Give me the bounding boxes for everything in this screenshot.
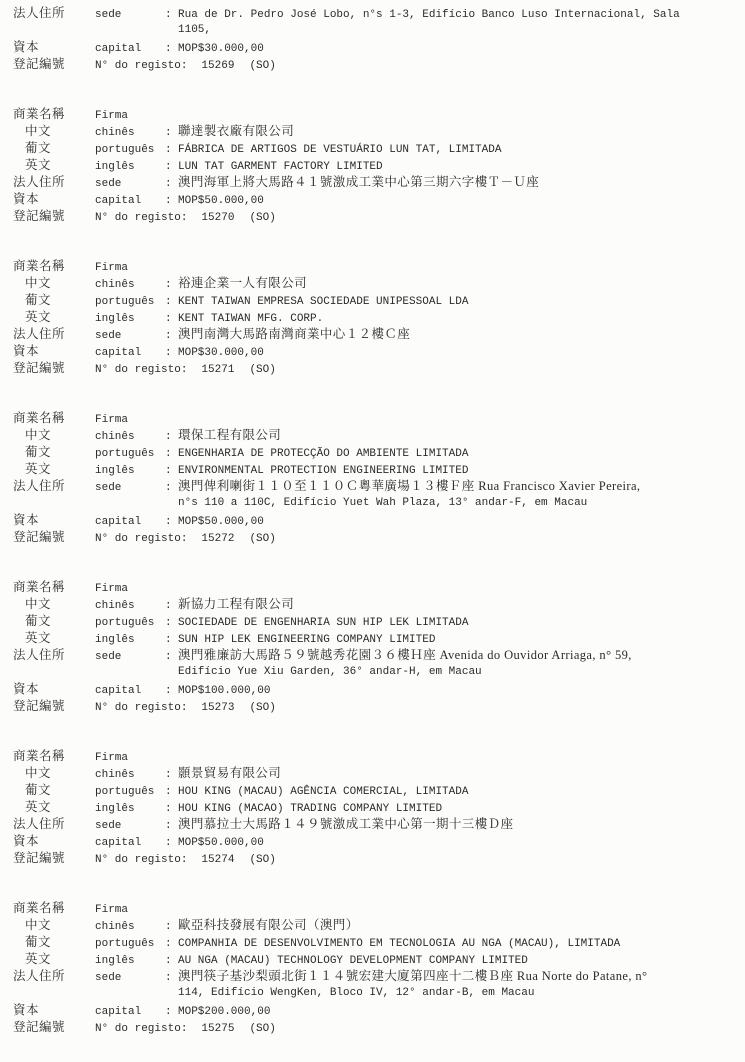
seat-label-zh: 法人住所: [13, 968, 95, 985]
chinese-name-row: 中文 chinês 聯達製衣廠有限公司: [13, 123, 727, 140]
chinese-label-pt: chinês: [95, 277, 165, 294]
portuguese-label-zh: 葡文: [13, 934, 95, 951]
seat-row: 法人住所 sede 澳門雅廉訪大馬路５９號越秀花園３６樓Ｈ座 Avenida d…: [13, 647, 727, 664]
english-label-pt: inglês: [95, 801, 165, 818]
capital-value: MOP$30.000,00: [165, 41, 264, 58]
portuguese-label-pt: português: [95, 446, 165, 463]
portuguese-name-row: 葡文 português ENGENHARIA DE PROTECÇÃO DO …: [13, 444, 727, 461]
capital-value: MOP$100.000,00: [165, 683, 270, 700]
english-label-zh: 英文: [13, 309, 95, 326]
chinese-name-row: 中文 chinês 裕連企業一人有限公司: [13, 275, 727, 292]
registry-number: 15272: [201, 531, 234, 548]
seat-label-pt: sede: [95, 7, 165, 24]
firm-label-pt: Firma: [95, 902, 165, 919]
seat-label-pt: sede: [95, 328, 165, 345]
firm-label-pt: Firma: [95, 412, 165, 429]
seat-continuation-row: n°s 110 a 110C, Edifício Yuet Wah Plaza,…: [13, 495, 727, 512]
capital-label-pt: capital: [95, 1004, 165, 1021]
english-name-row: 英文 inglês SUN HIP LEK ENGINEERING COMPAN…: [13, 630, 727, 647]
capital-label-zh: 資本: [13, 39, 95, 56]
registry-label-pt: N° do registo:: [95, 58, 187, 75]
capital-label-pt: capital: [95, 835, 165, 852]
english-label-pt: inglês: [95, 463, 165, 480]
chinese-name-value: 環保工程有限公司: [165, 427, 281, 446]
registry-suffix: (SO): [249, 852, 275, 869]
chinese-label-zh: 中文: [13, 275, 95, 292]
registry-suffix: (SO): [249, 1021, 275, 1038]
seat-value: 澳門海軍上將大馬路４１號激成工業中心第三期六字樓Ｔ－Ｕ座: [165, 174, 539, 193]
seat-label-zh: 法人住所: [13, 5, 95, 22]
capital-row: 資本 capital MOP$30.000,00: [13, 39, 727, 56]
company-entry-15270: 商業名稱 Firma 中文 chinês 聯達製衣廠有限公司 葡文 portug…: [13, 106, 727, 225]
seat-value-continued: 1105,: [165, 22, 211, 39]
firm-label-pt: Firma: [95, 108, 165, 125]
english-label-zh: 英文: [13, 461, 95, 478]
seat-label-zh: 法人住所: [13, 816, 95, 833]
capital-label-zh: 資本: [13, 1002, 95, 1019]
company-entry-15271: 商業名稱 Firma 中文 chinês 裕連企業一人有限公司 葡文 portu…: [13, 258, 727, 377]
capital-label-pt: capital: [95, 514, 165, 531]
portuguese-label-zh: 葡文: [13, 292, 95, 309]
firm-header-row: 商業名稱 Firma: [13, 900, 727, 917]
chinese-label-zh: 中文: [13, 917, 95, 934]
firm-label-zh: 商業名稱: [13, 106, 95, 123]
firm-label-zh: 商業名稱: [13, 258, 95, 275]
portuguese-name-value: SOCIEDADE DE ENGENHARIA SUN HIP LEK LIMI…: [165, 615, 468, 632]
registry-suffix: (SO): [249, 700, 275, 717]
chinese-label-pt: chinês: [95, 767, 165, 784]
capital-label-zh: 資本: [13, 833, 95, 850]
registry-row: 登記編號 N° do registo: 15270 (SO): [13, 208, 727, 225]
english-name-row: 英文 inglês ENVIRONMENTAL PROTECTION ENGIN…: [13, 461, 727, 478]
seat-row: 法人住所 sede 澳門慕拉士大馬路１４９號激成工業中心第一期十三樓Ｄ座: [13, 816, 727, 833]
firm-header-row: 商業名稱 Firma: [13, 106, 727, 123]
registry-suffix: (SO): [249, 210, 275, 227]
portuguese-label-zh: 葡文: [13, 782, 95, 799]
seat-value: 澳門南灣大馬路南灣商業中心１２樓Ｃ座: [165, 326, 410, 345]
seat-label-zh: 法人住所: [13, 326, 95, 343]
english-label-zh: 英文: [13, 630, 95, 647]
chinese-name-value: 裕連企業一人有限公司: [165, 275, 307, 294]
seat-label-zh: 法人住所: [13, 478, 95, 495]
chinese-name-row: 中文 chinês 新協力工程有限公司: [13, 596, 727, 613]
firm-label-pt: Firma: [95, 581, 165, 598]
english-label-zh: 英文: [13, 157, 95, 174]
capital-label-zh: 資本: [13, 343, 95, 360]
english-label-zh: 英文: [13, 799, 95, 816]
chinese-label-pt: chinês: [95, 919, 165, 936]
company-entry-15274: 商業名稱 Firma 中文 chinês 顥景貿易有限公司 葡文 portugu…: [13, 748, 727, 867]
capital-row: 資本 capital MOP$50.000,00: [13, 512, 727, 529]
english-name-row: 英文 inglês HOU KING (MACAO) TRADING COMPA…: [13, 799, 727, 816]
company-entry-15273: 商業名稱 Firma 中文 chinês 新協力工程有限公司 葡文 portug…: [13, 579, 727, 715]
registry-label-zh: 登記編號: [13, 850, 95, 867]
portuguese-name-value: COMPANHIA DE DESENVOLVIMENTO EM TECNOLOG…: [165, 936, 620, 953]
registry-row: 登記編號 N° do registo: 15271 (SO): [13, 360, 727, 377]
english-label-pt: inglês: [95, 632, 165, 649]
capital-label-zh: 資本: [13, 191, 95, 208]
capital-label-zh: 資本: [13, 681, 95, 698]
capital-row: 資本 capital MOP$30.000,00: [13, 343, 727, 360]
portuguese-name-value: ENGENHARIA DE PROTECÇÃO DO AMBIENTE LIMI…: [165, 446, 468, 463]
chinese-name-value: 歐亞科技發展有限公司（澳門）: [165, 917, 359, 936]
firm-label-pt: Firma: [95, 260, 165, 277]
registry-label-pt: N° do registo:: [95, 210, 187, 227]
capital-row: 資本 capital MOP$200.000,00: [13, 1002, 727, 1019]
capital-label-pt: capital: [95, 683, 165, 700]
chinese-name-value: 顥景貿易有限公司: [165, 765, 281, 784]
portuguese-name-value: FÁBRICA DE ARTIGOS DE VESTUÁRIO LUN TAT,…: [165, 142, 501, 159]
portuguese-name-row: 葡文 português FÁBRICA DE ARTIGOS DE VESTU…: [13, 140, 727, 157]
registry-label-zh: 登記編號: [13, 208, 95, 225]
seat-label-pt: sede: [95, 480, 165, 497]
seat-row: 法人住所 sede 澳門南灣大馬路南灣商業中心１２樓Ｃ座: [13, 326, 727, 343]
registry-label-zh: 登記編號: [13, 698, 95, 715]
english-label-zh: 英文: [13, 951, 95, 968]
chinese-label-pt: chinês: [95, 429, 165, 446]
seat-value: 澳門慕拉士大馬路１４９號激成工業中心第一期十三樓Ｄ座: [165, 816, 513, 835]
capital-value: MOP$50.000,00: [165, 835, 264, 852]
portuguese-label-pt: português: [95, 615, 165, 632]
capital-label-zh: 資本: [13, 512, 95, 529]
english-label-pt: inglês: [95, 953, 165, 970]
registry-row: 登記編號 N° do registo: 15269 (SO): [13, 56, 727, 73]
capital-row: 資本 capital MOP$50.000,00: [13, 833, 727, 850]
seat-continuation-row: 1105,: [13, 22, 727, 39]
registry-row: 登記編號 N° do registo: 15274 (SO): [13, 850, 727, 867]
seat-label-pt: sede: [95, 818, 165, 835]
registry-label-zh: 登記編號: [13, 1019, 95, 1036]
capital-value: MOP$50.000,00: [165, 514, 264, 531]
chinese-name-value: 聯達製衣廠有限公司: [165, 123, 294, 142]
registry-label-zh: 登記編號: [13, 529, 95, 546]
company-entry-15272: 商業名稱 Firma 中文 chinês 環保工程有限公司 葡文 portugu…: [13, 410, 727, 546]
english-label-pt: inglês: [95, 159, 165, 176]
registry-number: 15269: [201, 58, 234, 75]
seat-label-zh: 法人住所: [13, 647, 95, 664]
company-entry-15275: 商業名稱 Firma 中文 chinês 歐亞科技發展有限公司（澳門） 葡文 p…: [13, 900, 727, 1036]
firm-label-zh: 商業名稱: [13, 900, 95, 917]
seat-row: 法人住所 sede 澳門俾利喇街１１０至１１０Ｃ粵華廣場１３樓Ｆ座 Rua Fr…: [13, 478, 727, 495]
registry-row: 登記編號 N° do registo: 15272 (SO): [13, 529, 727, 546]
company-entry-partial-15269: 法人住所 sede Rua de Dr. Pedro José Lobo, n°…: [13, 5, 727, 73]
seat-continuation-row: Edifício Yue Xiu Garden, 36° andar-H, em…: [13, 664, 727, 681]
firm-header-row: 商業名稱 Firma: [13, 410, 727, 427]
registry-suffix: (SO): [249, 58, 275, 75]
portuguese-name-row: 葡文 português KENT TAIWAN EMPRESA SOCIEDA…: [13, 292, 727, 309]
portuguese-label-pt: português: [95, 936, 165, 953]
seat-label-pt: sede: [95, 176, 165, 193]
firm-header-row: 商業名稱 Firma: [13, 579, 727, 596]
seat-value: Rua de Dr. Pedro José Lobo, n°s 1-3, Edi…: [165, 7, 680, 24]
portuguese-name-row: 葡文 português HOU KING (MACAU) AGÊNCIA CO…: [13, 782, 727, 799]
registry-suffix: (SO): [249, 531, 275, 548]
seat-row: 法人住所 sede Rua de Dr. Pedro José Lobo, n°…: [13, 5, 727, 22]
portuguese-label-pt: português: [95, 784, 165, 801]
firm-label-pt: Firma: [95, 750, 165, 767]
firm-label-zh: 商業名稱: [13, 748, 95, 765]
capital-row: 資本 capital MOP$100.000,00: [13, 681, 727, 698]
seat-row: 法人住所 sede 澳門海軍上將大馬路４１號激成工業中心第三期六字樓Ｔ－Ｕ座: [13, 174, 727, 191]
registry-row: 登記編號 N° do registo: 15273 (SO): [13, 698, 727, 715]
capital-value: MOP$200.000,00: [165, 1004, 270, 1021]
chinese-label-zh: 中文: [13, 123, 95, 140]
capital-value: MOP$30.000,00: [165, 345, 264, 362]
seat-value-continued: n°s 110 a 110C, Edifício Yuet Wah Plaza,…: [165, 495, 587, 512]
registry-row: 登記編號 N° do registo: 15275 (SO): [13, 1019, 727, 1036]
firm-label-zh: 商業名稱: [13, 579, 95, 596]
registry-number: 15273: [201, 700, 234, 717]
capital-label-pt: capital: [95, 41, 165, 58]
capital-label-pt: capital: [95, 193, 165, 210]
chinese-label-zh: 中文: [13, 596, 95, 613]
portuguese-name-value: KENT TAIWAN EMPRESA SOCIEDADE UNIPESSOAL…: [165, 294, 468, 311]
registry-number: 15271: [201, 362, 234, 379]
registry-number: 15274: [201, 852, 234, 869]
registry-label-pt: N° do registo:: [95, 700, 187, 717]
seat-label-pt: sede: [95, 649, 165, 666]
english-label-pt: inglês: [95, 311, 165, 328]
chinese-label-pt: chinês: [95, 125, 165, 142]
registry-label-pt: N° do registo:: [95, 362, 187, 379]
registry-suffix: (SO): [249, 362, 275, 379]
portuguese-label-pt: português: [95, 294, 165, 311]
portuguese-name-row: 葡文 português COMPANHIA DE DESENVOLVIMENT…: [13, 934, 727, 951]
document-page: 法人住所 sede Rua de Dr. Pedro José Lobo, n°…: [0, 0, 745, 1036]
english-name-row: 英文 inglês AU NGA (MACAU) TECHNOLOGY DEVE…: [13, 951, 727, 968]
portuguese-label-pt: português: [95, 142, 165, 159]
portuguese-label-zh: 葡文: [13, 613, 95, 630]
chinese-name-row: 中文 chinês 顥景貿易有限公司: [13, 765, 727, 782]
seat-label-pt: sede: [95, 970, 165, 987]
registry-number: 15275: [201, 1021, 234, 1038]
portuguese-name-value: HOU KING (MACAU) AGÊNCIA COMERCIAL, LIMI…: [165, 784, 468, 801]
chinese-label-zh: 中文: [13, 765, 95, 782]
chinese-name-row: 中文 chinês 歐亞科技發展有限公司（澳門）: [13, 917, 727, 934]
seat-row: 法人住所 sede 澳門筷子基沙梨頭北街１１４號宏建大廈第四座十二樓Ｂ座 Rua…: [13, 968, 727, 985]
capital-label-pt: capital: [95, 345, 165, 362]
seat-label-zh: 法人住所: [13, 174, 95, 191]
firm-header-row: 商業名稱 Firma: [13, 748, 727, 765]
chinese-label-zh: 中文: [13, 427, 95, 444]
registry-label-zh: 登記編號: [13, 360, 95, 377]
portuguese-label-zh: 葡文: [13, 444, 95, 461]
registry-label-zh: 登記編號: [13, 56, 95, 73]
capital-value: MOP$50.000,00: [165, 193, 264, 210]
seat-continuation-row: 114, Edifício WengKen, Bloco IV, 12° and…: [13, 985, 727, 1002]
chinese-label-pt: chinês: [95, 598, 165, 615]
english-name-row: 英文 inglês KENT TAIWAN MFG. CORP.: [13, 309, 727, 326]
seat-value-continued: 114, Edifício WengKen, Bloco IV, 12° and…: [165, 985, 534, 1002]
english-name-row: 英文 inglês LUN TAT GARMENT FACTORY LIMITE…: [13, 157, 727, 174]
firm-header-row: 商業名稱 Firma: [13, 258, 727, 275]
registry-label-pt: N° do registo:: [95, 852, 187, 869]
registry-label-pt: N° do registo:: [95, 1021, 187, 1038]
chinese-name-row: 中文 chinês 環保工程有限公司: [13, 427, 727, 444]
portuguese-name-row: 葡文 português SOCIEDADE DE ENGENHARIA SUN…: [13, 613, 727, 630]
portuguese-label-zh: 葡文: [13, 140, 95, 157]
capital-row: 資本 capital MOP$50.000,00: [13, 191, 727, 208]
firm-label-zh: 商業名稱: [13, 410, 95, 427]
chinese-name-value: 新協力工程有限公司: [165, 596, 294, 615]
registry-number: 15270: [201, 210, 234, 227]
seat-value-continued: Edifício Yue Xiu Garden, 36° andar-H, em…: [165, 664, 482, 681]
registry-label-pt: N° do registo:: [95, 531, 187, 548]
